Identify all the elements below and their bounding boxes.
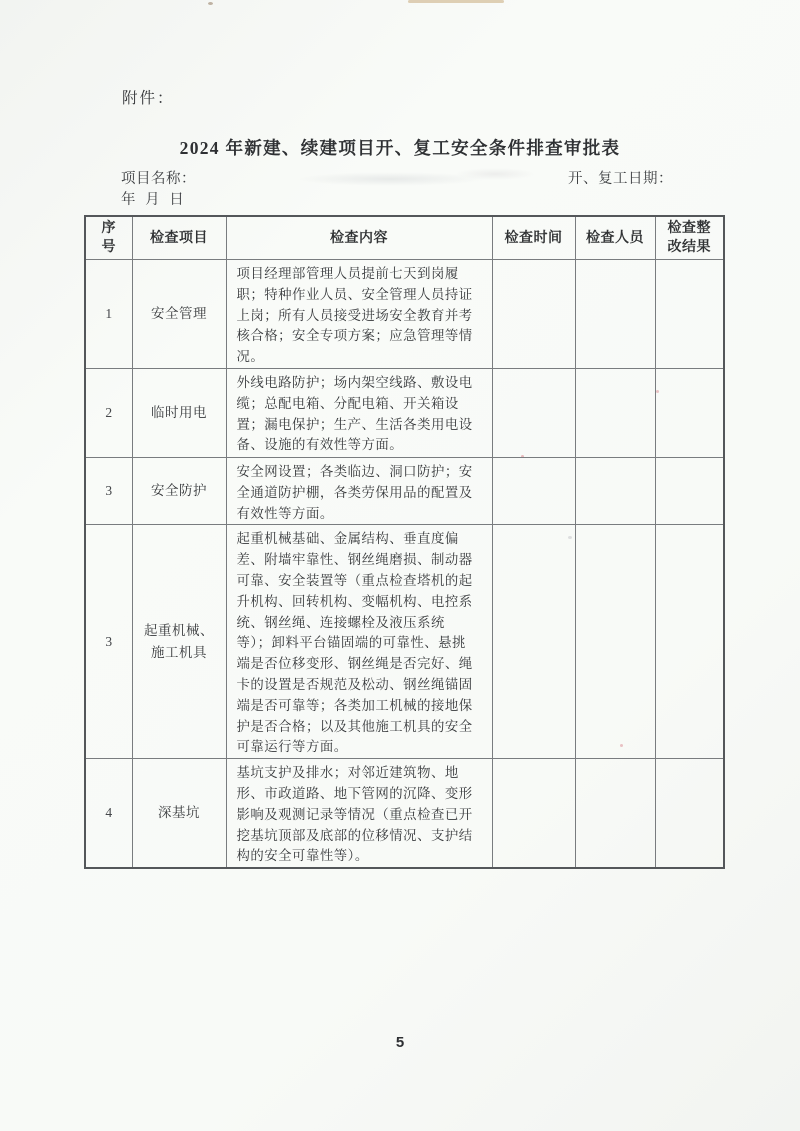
header-inspection-item: 检查项目 bbox=[132, 216, 226, 260]
result-cell bbox=[655, 525, 724, 759]
table-row: 2 临时用电 外线电路防护；场内架空线路、敷设电缆；总配电箱、分配电箱、开关箱设… bbox=[85, 368, 724, 457]
time-cell bbox=[492, 457, 575, 524]
header-rectification-result: 检查整改结果 bbox=[655, 216, 724, 260]
serial-cell: 3 bbox=[85, 525, 132, 759]
header-inspection-time: 检查时间 bbox=[492, 216, 575, 260]
content-cell: 基坑支护及排水；对邻近建筑物、地形、市政道路、地下管网的沉降、变形影响及观测记录… bbox=[226, 759, 492, 868]
header-serial: 序号 bbox=[85, 216, 132, 260]
personnel-cell bbox=[575, 525, 655, 759]
result-cell bbox=[655, 368, 724, 457]
time-cell bbox=[492, 368, 575, 457]
time-cell bbox=[492, 525, 575, 759]
item-cell: 起重机械、施工机具 bbox=[132, 525, 226, 759]
table-row: 3 起重机械、施工机具 起重机械基础、金属结构、垂直度偏差、附墙牢靠性、钢丝绳磨… bbox=[85, 525, 724, 759]
start-resume-date-label: 开、复工日期： bbox=[568, 167, 673, 188]
personnel-cell bbox=[575, 759, 655, 868]
result-cell bbox=[655, 759, 724, 868]
item-cell: 安全管理 bbox=[132, 260, 226, 369]
attachment-label: 附件： bbox=[122, 86, 175, 108]
time-cell bbox=[492, 260, 575, 369]
time-cell bbox=[492, 759, 575, 868]
page-title: 2024 年新建、续建项目开、复工安全条件排查审批表 bbox=[0, 135, 800, 160]
header-inspection-content: 检查内容 bbox=[226, 216, 492, 260]
serial-cell: 1 bbox=[85, 260, 132, 369]
scan-artifact bbox=[208, 2, 213, 5]
personnel-cell bbox=[575, 368, 655, 457]
project-name-label: 项目名称： bbox=[121, 167, 196, 188]
serial-cell: 2 bbox=[85, 368, 132, 457]
serial-cell: 4 bbox=[85, 759, 132, 868]
scan-artifact bbox=[408, 0, 504, 3]
item-cell: 临时用电 bbox=[132, 368, 226, 457]
document-page: 附件： 2024 年新建、续建项目开、复工安全条件排查审批表 项目名称： 开、复… bbox=[0, 0, 800, 1131]
item-cell: 安全防护 bbox=[132, 457, 226, 524]
header-inspection-personnel: 检查人员 bbox=[575, 216, 655, 260]
year-month-day-label: 年 月 日 bbox=[121, 188, 187, 209]
serial-cell: 3 bbox=[85, 457, 132, 524]
content-cell: 项目经理部管理人员提前七天到岗履职；特种作业人员、安全管理人员持证上岗；所有人员… bbox=[226, 260, 492, 369]
table-row: 4 深基坑 基坑支护及排水；对邻近建筑物、地形、市政道路、地下管网的沉降、变形影… bbox=[85, 759, 724, 868]
personnel-cell bbox=[575, 260, 655, 369]
result-cell bbox=[655, 457, 724, 524]
inspection-table: 序号 检查项目 检查内容 检查时间 检查人员 检查整改结果 1 安全管理 项目经… bbox=[84, 215, 725, 869]
table-row: 3 安全防护 安全网设置；各类临边、洞口防护；安全通道防护棚，各类劳保用品的配置… bbox=[85, 457, 724, 524]
page-number: 5 bbox=[0, 1034, 800, 1051]
table-row: 1 安全管理 项目经理部管理人员提前七天到岗履职；特种作业人员、安全管理人员持证… bbox=[85, 260, 724, 369]
result-cell bbox=[655, 260, 724, 369]
personnel-cell bbox=[575, 457, 655, 524]
scan-artifact bbox=[455, 168, 535, 180]
content-cell: 起重机械基础、金属结构、垂直度偏差、附墙牢靠性、钢丝绳磨损、制动器可靠、安全装置… bbox=[226, 525, 492, 759]
content-cell: 安全网设置；各类临边、洞口防护；安全通道防护棚，各类劳保用品的配置及有效性等方面… bbox=[226, 457, 492, 524]
content-cell: 外线电路防护；场内架空线路、敷设电缆；总配电箱、分配电箱、开关箱设置；漏电保护；… bbox=[226, 368, 492, 457]
item-cell: 深基坑 bbox=[132, 759, 226, 868]
table-header-row: 序号 检查项目 检查内容 检查时间 检查人员 检查整改结果 bbox=[85, 216, 724, 260]
